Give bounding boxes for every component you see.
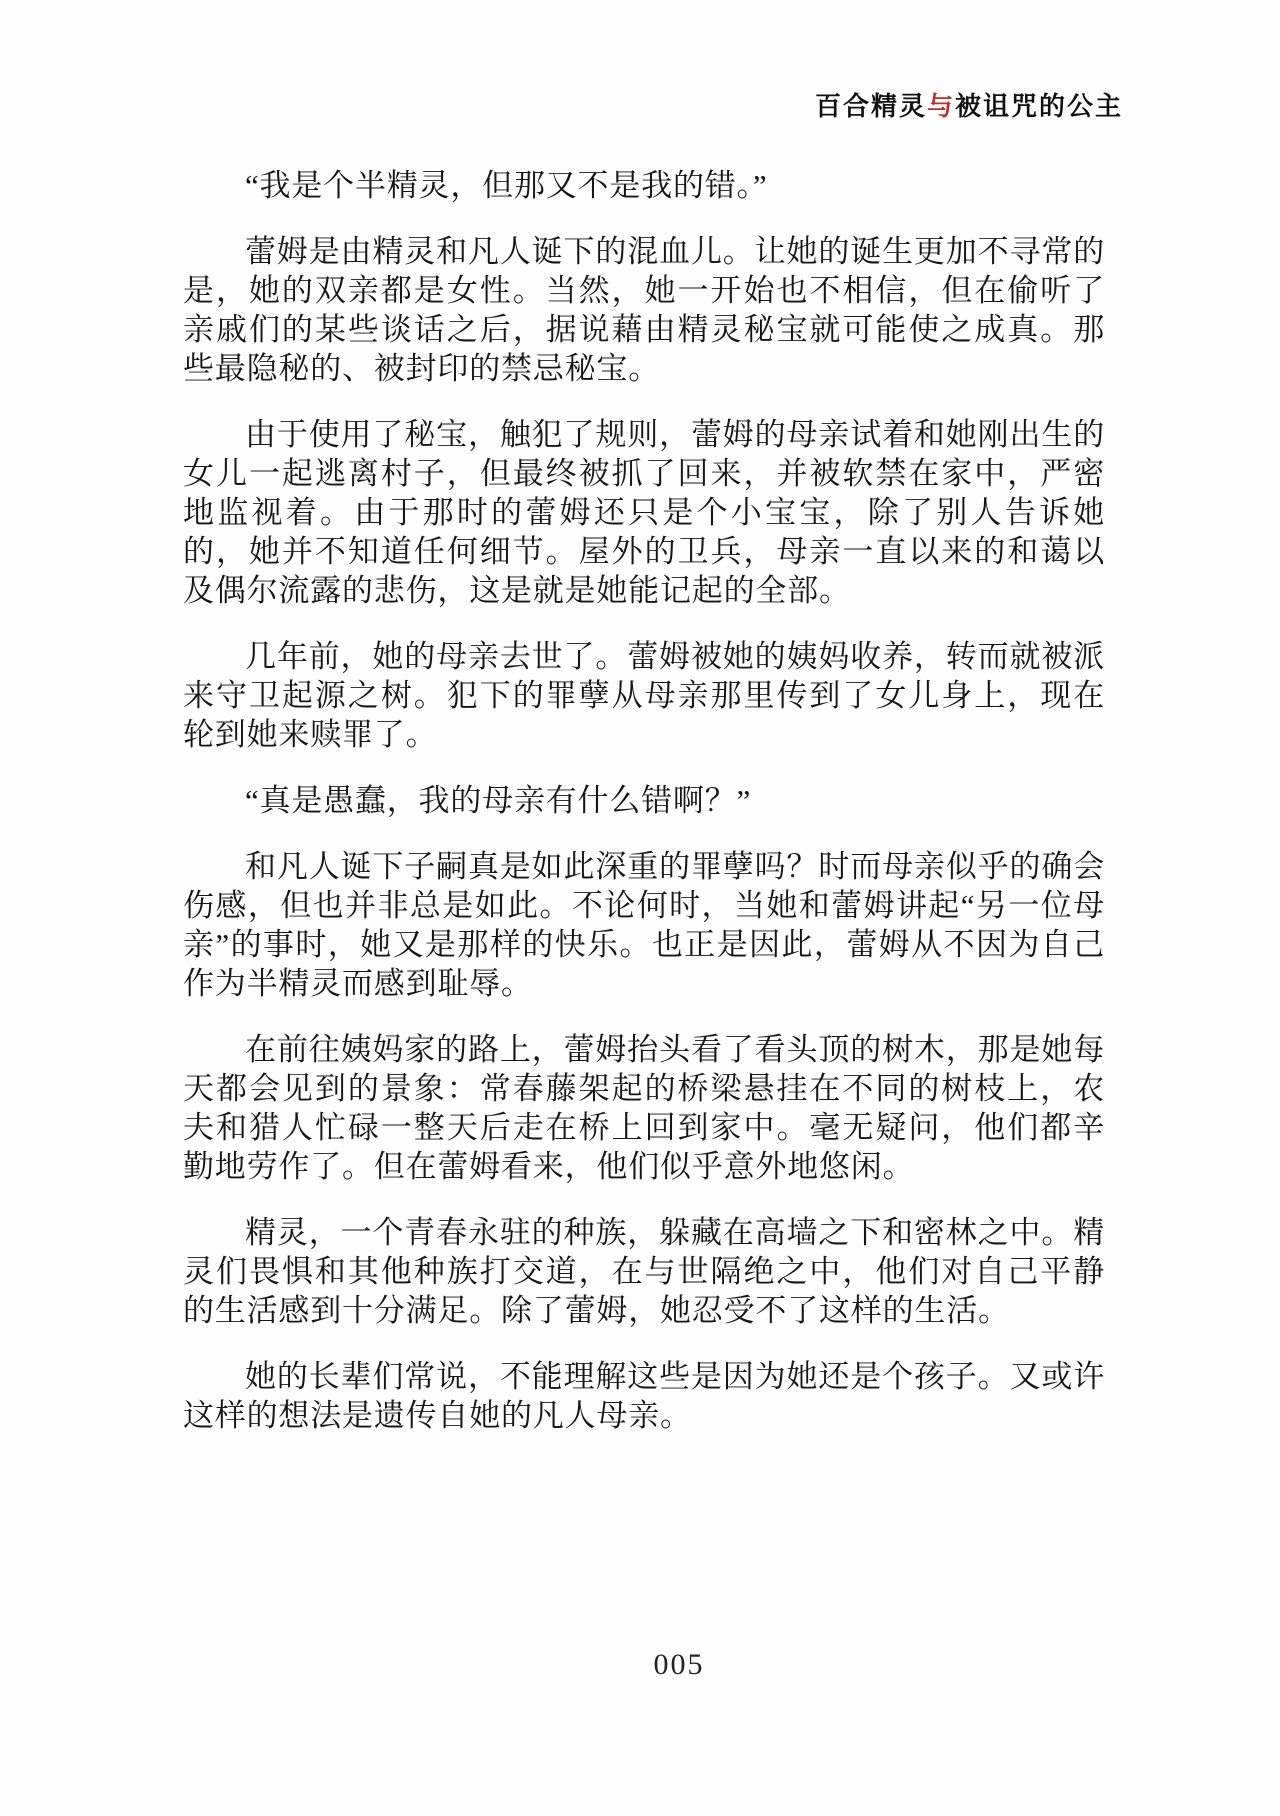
paragraph-dialogue-2: “真是愚蠢，我的母亲有什么错啊？”	[183, 781, 1105, 820]
book-title-accent-char: 与	[927, 92, 955, 121]
paragraph-8: 精灵，一个青春永驻的种族，躲藏在高墙之下和密林之中。精灵们畏惧和其他种族打交道，…	[183, 1213, 1105, 1330]
page-number: 005	[654, 1648, 705, 1682]
paragraph-2: 蕾姆是由精灵和凡人诞下的混血儿。让她的诞生更加不寻常的是，她的双亲都是女性。当然…	[183, 232, 1105, 388]
book-page: 百合精灵与被诅咒的公主 “我是个半精灵，但那又不是我的错。” 蕾姆是由精灵和凡人…	[0, 0, 1280, 1816]
paragraph-7: 在前往姨妈家的路上，蕾姆抬头看了看头顶的树木，那是她每天都会见到的景象：常春藤架…	[183, 1030, 1105, 1186]
paragraph-6: 和凡人诞下子嗣真是如此深重的罪孽吗？时而母亲似乎的确会伤感，但也并非总是如此。不…	[183, 847, 1105, 1003]
running-head: 百合精灵与被诅咒的公主	[183, 86, 1123, 123]
book-title-part-1: 百合精灵	[815, 92, 927, 121]
book-title-part-2: 被诅咒的公主	[955, 92, 1123, 121]
page-text-block: “我是个半精灵，但那又不是我的错。” 蕾姆是由精灵和凡人诞下的混血儿。让她的诞生…	[183, 166, 1105, 1462]
paragraph-4: 几年前，她的母亲去世了。蕾姆被她的姨妈收养，转而就被派来守卫起源之树。犯下的罪孽…	[183, 637, 1105, 754]
paragraph-9: 她的长辈们常说，不能理解这些是因为她还是个孩子。又或许这样的想法是遗传自她的凡人…	[183, 1357, 1105, 1435]
paragraph-3: 由于使用了秘宝，触犯了规则，蕾姆的母亲试着和她刚出生的女儿一起逃离村子，但最终被…	[183, 415, 1105, 610]
page-footer: 005	[183, 1648, 1105, 1682]
paragraph-dialogue-1: “我是个半精灵，但那又不是我的错。”	[183, 166, 1105, 205]
